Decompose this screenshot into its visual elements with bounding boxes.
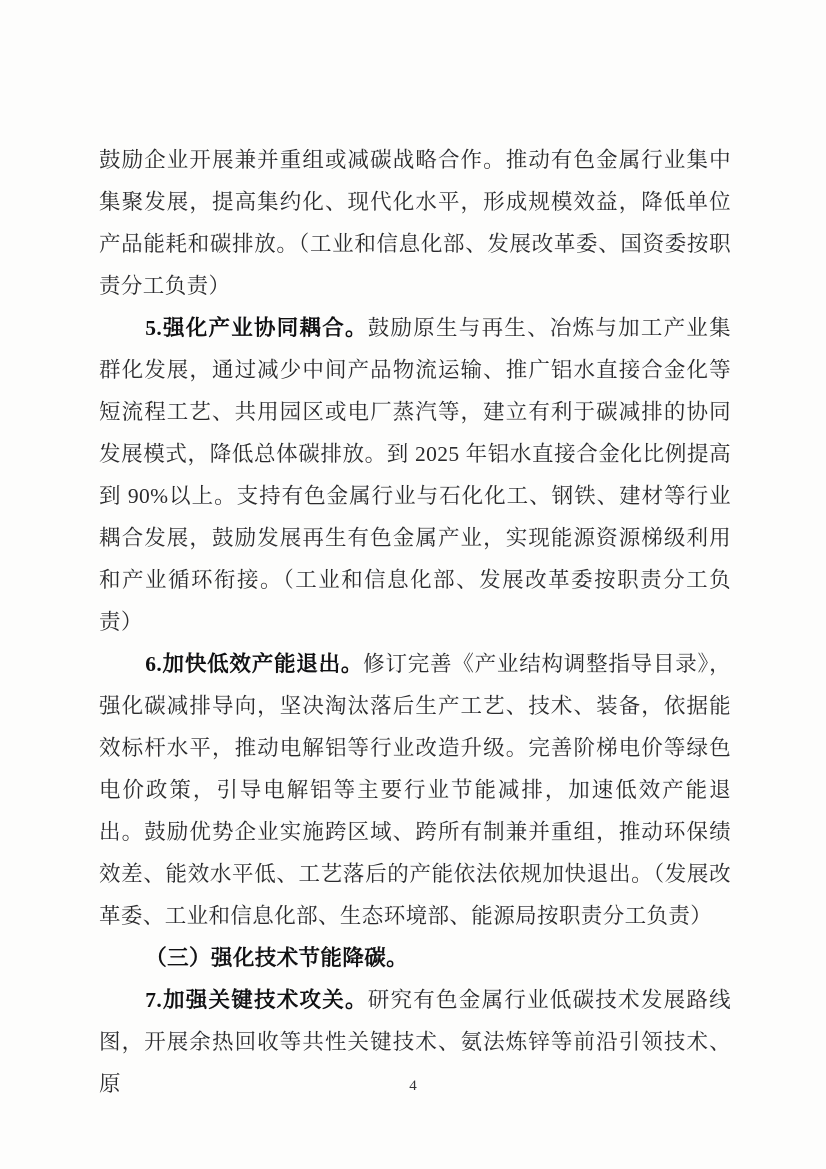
paragraph: 鼓励企业开展兼并重组或减碳战略合作。推动有色金属行业集中集聚发展，提高集约化、现… bbox=[99, 139, 731, 307]
paragraph-text-run: 鼓励原生与再生、冶炼与加工产业集群化发展，通过减少中间产品物流运输、推广铝水直接… bbox=[99, 316, 731, 634]
paragraph-heading-run: 6.加快低效产能退出。 bbox=[145, 652, 363, 676]
paragraph: 5.强化产业协同耦合。鼓励原生与再生、冶炼与加工产业集群化发展，通过减少中间产品… bbox=[99, 307, 731, 643]
paragraph-heading-run: 7.加强关键技术攻关。 bbox=[145, 988, 368, 1012]
document-body: 鼓励企业开展兼并重组或减碳战略合作。推动有色金属行业集中集聚发展，提高集约化、现… bbox=[99, 139, 731, 1105]
document-page: 鼓励企业开展兼并重组或减碳战略合作。推动有色金属行业集中集聚发展，提高集约化、现… bbox=[0, 0, 826, 1169]
paragraph: 6.加快低效产能退出。修订完善《产业结构调整指导目录》，强化碳减排导向，坚决淘汰… bbox=[99, 643, 731, 937]
paragraph-text-run: 修订完善《产业结构调整指导目录》，强化碳减排导向，坚决淘汰落后生产工艺、技术、装… bbox=[99, 652, 731, 928]
page-number: 4 bbox=[0, 1078, 826, 1095]
paragraph-heading-run: （三）强化技术节能降碳。 bbox=[145, 946, 408, 970]
paragraph: （三）强化技术节能降碳。 bbox=[99, 937, 731, 979]
paragraph-heading-run: 5.强化产业协同耦合。 bbox=[145, 316, 368, 340]
paragraph-text-run: 鼓励企业开展兼并重组或减碳战略合作。推动有色金属行业集中集聚发展，提高集约化、现… bbox=[99, 148, 731, 298]
